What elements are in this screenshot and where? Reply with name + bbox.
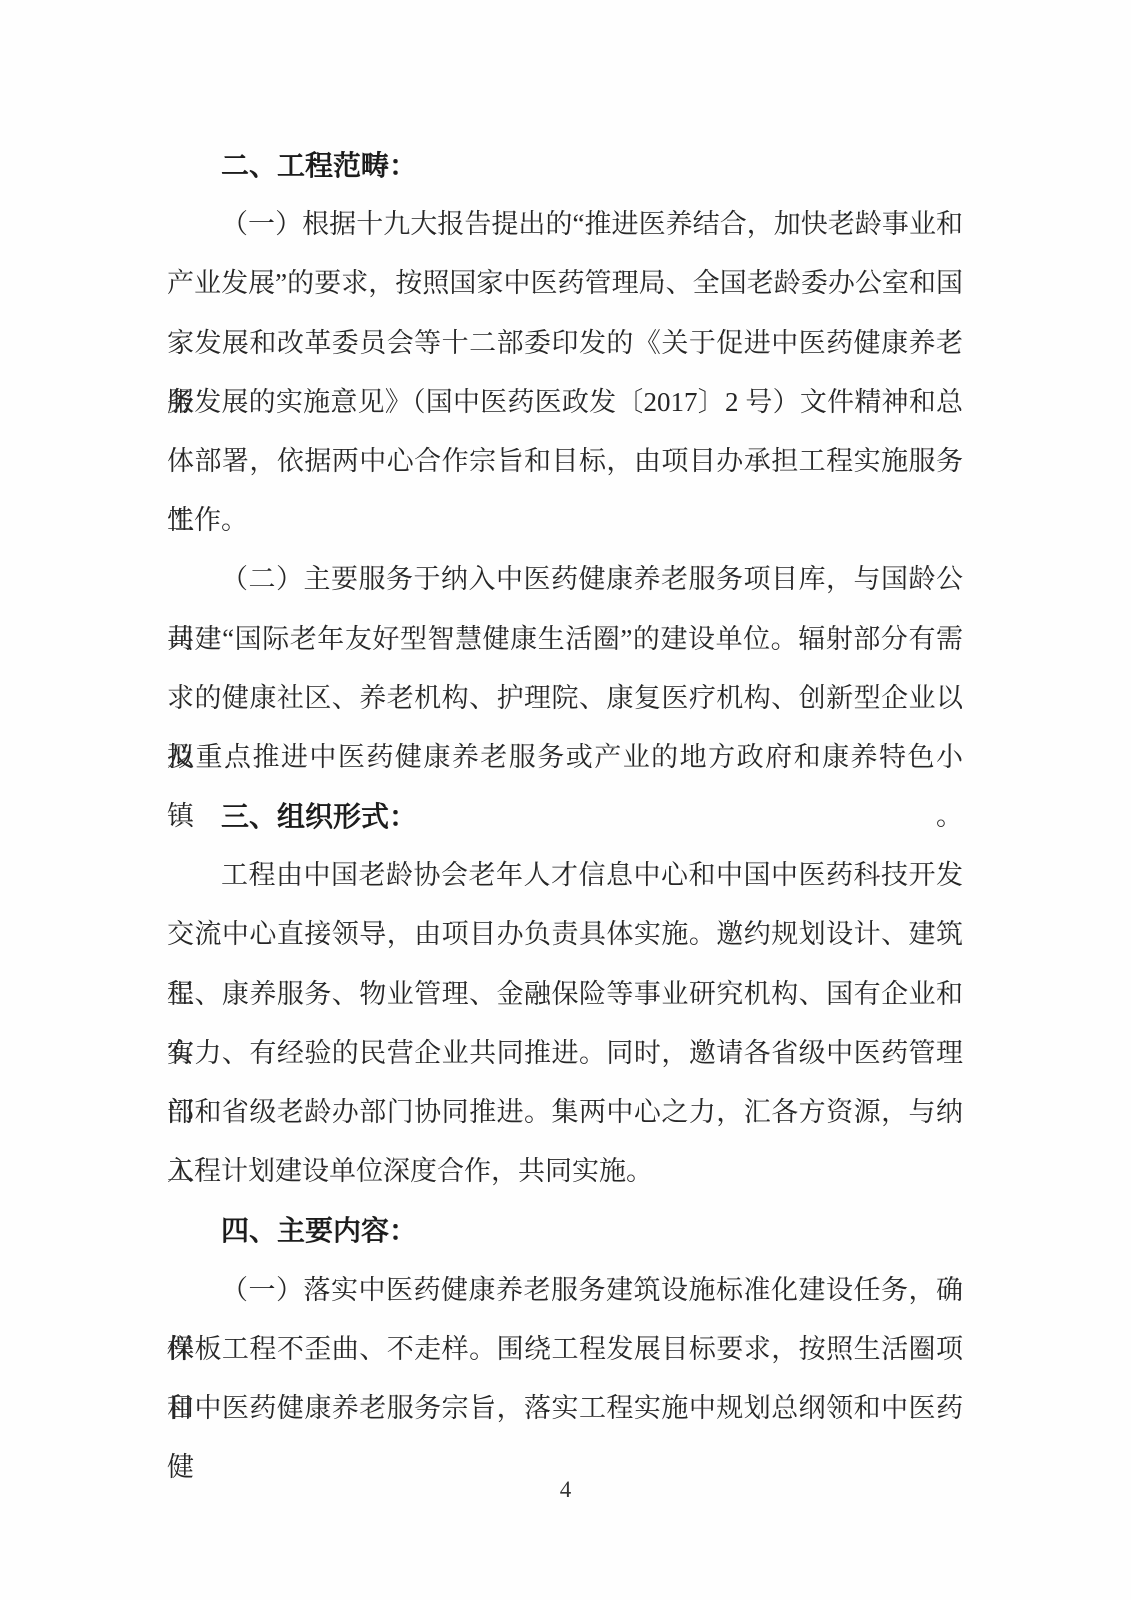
text-line: 拟重点推进中医药健康养老服务或产业的地方政府和康养特色小镇。 <box>167 728 963 787</box>
text-line: 求的健康社区、养老机构、护理院、康复医疗机构、创新型企业以及 <box>167 669 963 728</box>
text-line: 门和省级老龄办部门协同推进。集两中心之力，汇各方资源，与纳入 <box>167 1083 963 1142</box>
text-line: （一）根据十九大报告提出的“推进医养结合，加快老龄事业和 <box>167 195 963 254</box>
text-line: 程、康养服务、物业管理、金融保险等事业研究机构、国有企业和有 <box>167 965 963 1024</box>
section-heading-2: 二、工程范畴： <box>167 136 963 195</box>
text-line: 家发展和改革委员会等十二部委印发的《关于促进中医药健康养老服 <box>167 314 963 373</box>
text-line: （一）落实中医药健康养老服务建筑设施标准化建设任务，确保 <box>167 1261 963 1320</box>
text-line: 交流中心直接领导，由项目办负责具体实施。邀约规划设计、建筑工 <box>167 905 963 964</box>
page-number: 4 <box>0 1474 1131 1506</box>
text-line: 实力、有经验的民营企业共同推进。同时，邀请各省级中医药管理部 <box>167 1024 963 1083</box>
document-body: 二、工程范畴： （一）根据十九大报告提出的“推进医养结合，加快老龄事业和 产业发… <box>167 136 963 1438</box>
text-line: 样板工程不歪曲、不走样。围绕工程发展目标要求，按照生活圈项目 <box>167 1320 963 1379</box>
text-line: 工程由中国老龄协会老年人才信息中心和中国中医药科技开发 <box>167 846 963 905</box>
text-line: （二）主要服务于纳入中医药健康养老服务项目库，与国龄公司 <box>167 550 963 609</box>
text-line: 产业发展”的要求，按照国家中医药管理局、全国老龄委办公室和国 <box>167 254 963 313</box>
section-heading-4: 四、主要内容： <box>167 1201 963 1260</box>
text-line: 工作。 <box>167 491 963 550</box>
text-line: 和中医药健康养老服务宗旨，落实工程实施中规划总纲领和中医药健 <box>167 1379 963 1438</box>
text-line: 体部署，依据两中心合作宗旨和目标，由项目办承担工程实施服务性 <box>167 432 963 491</box>
document-page: 二、工程范畴： （一）根据十九大报告提出的“推进医养结合，加快老龄事业和 产业发… <box>0 0 1131 1600</box>
text-line: 务发展的实施意见》（国中医药医政发〔2017〕2 号）文件精神和总 <box>167 373 963 432</box>
text-line: 共建“国际老年友好型智慧健康生活圈”的建设单位。辐射部分有需 <box>167 610 963 669</box>
text-line: 工程计划建设单位深度合作，共同实施。 <box>167 1142 963 1201</box>
